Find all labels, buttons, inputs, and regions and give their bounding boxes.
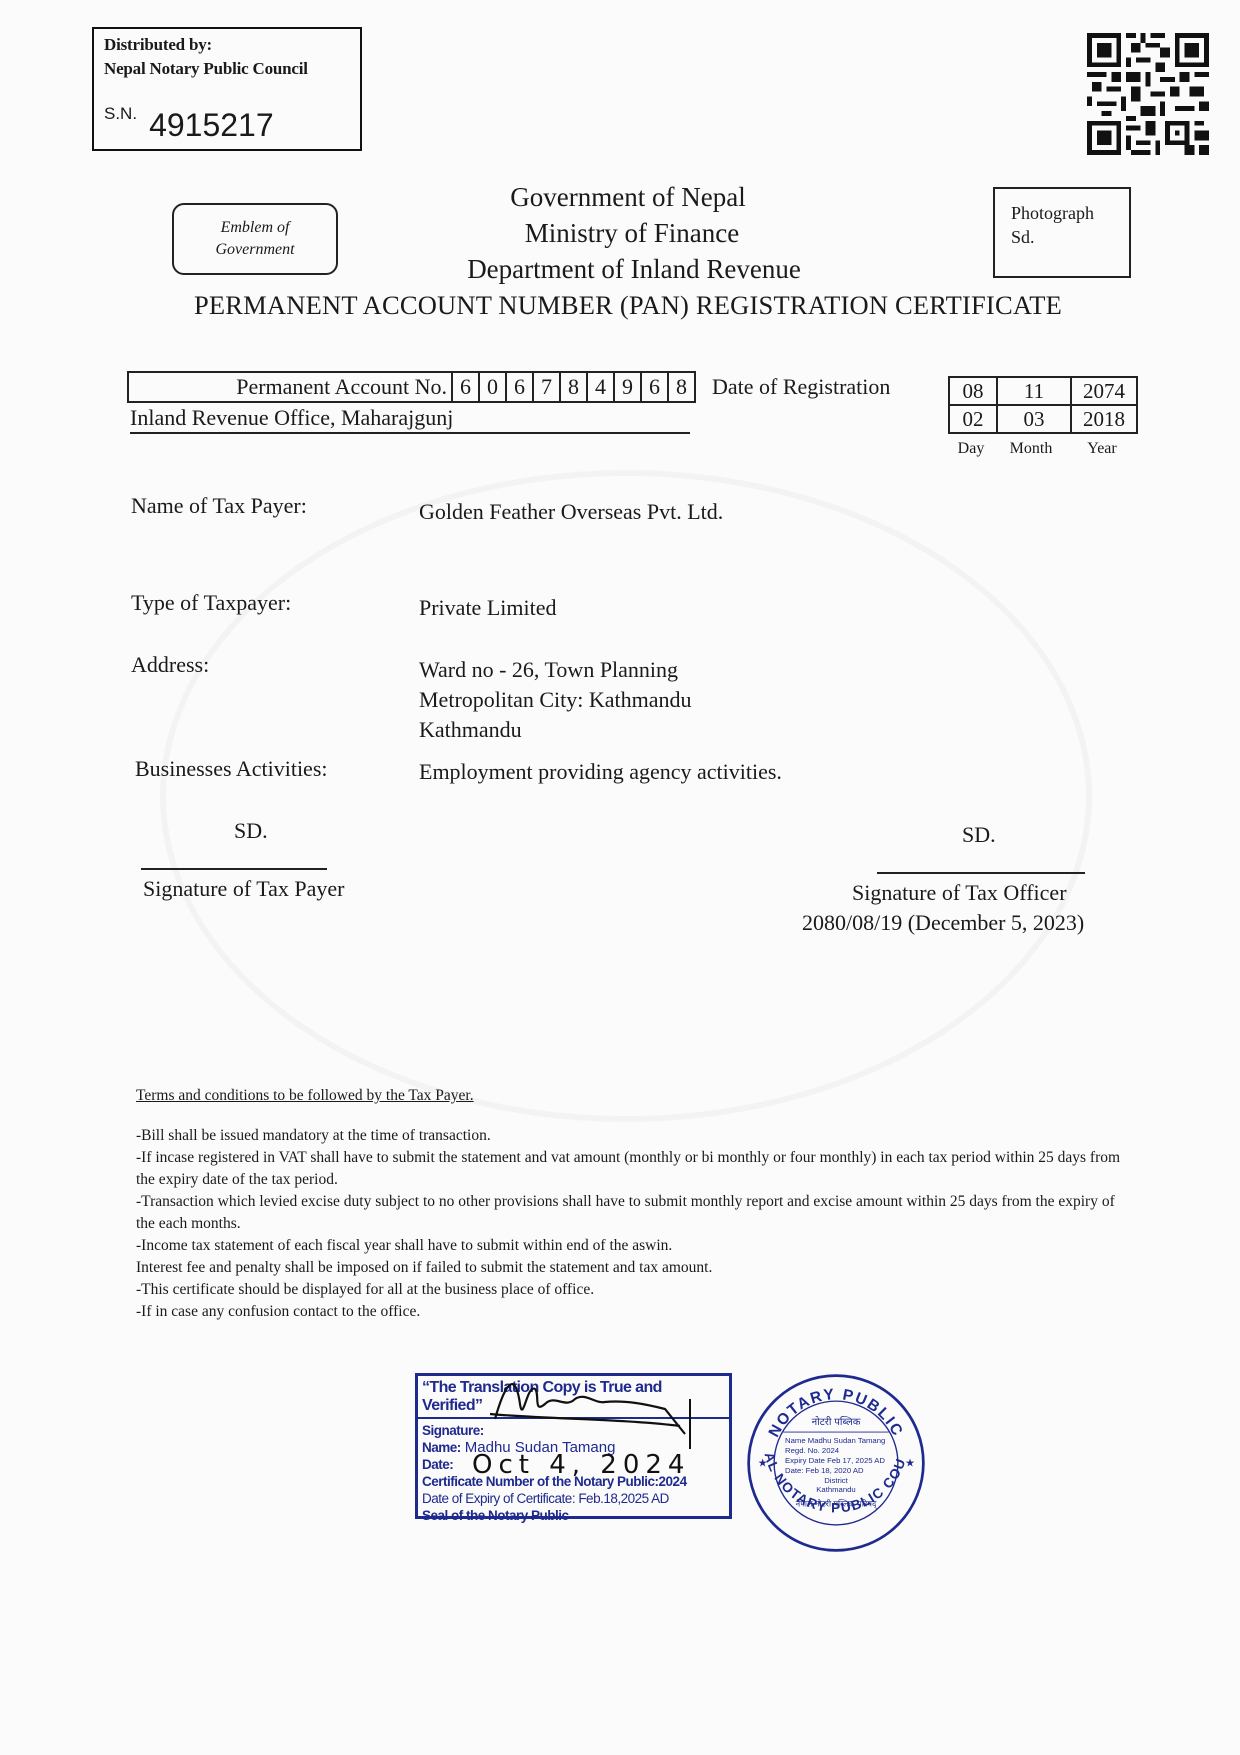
registration-date-table: 08 11 2074 02 03 2018 xyxy=(948,376,1138,434)
caption-month: Month xyxy=(994,440,1068,458)
bs-day: 08 xyxy=(949,377,997,405)
distributor-line2: Nepal Notary Public Council xyxy=(104,57,350,81)
terms-item: -Income tax statement of each fiscal yea… xyxy=(136,1235,1131,1257)
handwritten-date: Oct 4, 2024 xyxy=(472,1450,690,1480)
pan-digit: 7 xyxy=(532,373,559,401)
pan-digit: 8 xyxy=(559,373,586,401)
registration-date-label: Date of Registration xyxy=(712,374,890,400)
pan-label: Permanent Account No. xyxy=(129,373,451,401)
handwritten-signature-icon xyxy=(485,1364,725,1454)
seal-devanagari-top: नोटरी पब्लिक xyxy=(812,1416,861,1428)
payer-signature-caption: Signature of Tax Payer xyxy=(143,876,345,902)
seal-regd: Regd. No. 2024 xyxy=(785,1446,840,1455)
terms-item: Interest fee and penalty shall be impose… xyxy=(136,1257,1131,1279)
terms-item: -Transaction which levied excise duty su… xyxy=(136,1191,1131,1235)
bs-month: 11 xyxy=(997,377,1071,405)
terms-title: Terms and conditions to be followed by t… xyxy=(136,1087,474,1105)
header-government: Government of Nepal xyxy=(8,182,1240,213)
date-row-bs: 08 11 2074 xyxy=(949,377,1137,405)
ad-year: 2018 xyxy=(1071,405,1137,433)
stamp-name-label: Name: xyxy=(422,1440,461,1455)
svg-text:★: ★ xyxy=(758,1458,768,1470)
address-line: Ward no - 26, Town Planning xyxy=(419,655,692,685)
tax-office: Inland Revenue Office, Maharajgunj xyxy=(130,404,690,434)
seal-expiry: Expiry Date Feb 17, 2025 AD xyxy=(785,1456,885,1465)
terms-item: -If incase registered in VAT shall have … xyxy=(136,1147,1131,1191)
notary-round-seal-icon: NOTARY PUBLIC NEPAL NOTARY PUBLIC COUNCI… xyxy=(745,1372,927,1554)
pan-digit: 6 xyxy=(505,373,532,401)
address-line: Metropolitan City: Kathmandu xyxy=(419,685,692,715)
watermark-seal xyxy=(160,470,1092,1122)
ad-month: 03 xyxy=(997,405,1071,433)
officer-sd: SD. xyxy=(962,822,996,848)
pan-digit: 4 xyxy=(586,373,613,401)
terms-item: -If in case any confusion contact to the… xyxy=(136,1301,1131,1323)
address-value: Ward no - 26, Town Planning Metropolitan… xyxy=(419,655,692,745)
taxpayer-name-label: Name of Tax Payer: xyxy=(131,493,307,519)
stamp-seal-line: Seal of the Notary Public xyxy=(418,1507,729,1524)
svg-text:★: ★ xyxy=(905,1458,915,1470)
taxpayer-type-label: Type of Taxpayer: xyxy=(131,590,291,616)
seal-district-value: Kathmandu xyxy=(816,1485,855,1494)
terms-item: -This certificate should be displayed fo… xyxy=(136,1279,1131,1301)
stamp-signature-label: Signature: xyxy=(422,1423,484,1438)
certificate-title: PERMANENT ACCOUNT NUMBER (PAN) REGISTRAT… xyxy=(8,290,1240,321)
payer-sd: SD. xyxy=(234,818,268,844)
address-label: Address: xyxy=(131,652,209,678)
taxpayer-name-value: Golden Feather Overseas Pvt. Ltd. xyxy=(419,497,723,527)
stamp-expiry: Date of Expiry of Certificate: Feb.18,20… xyxy=(418,1490,729,1507)
pan-digit: 8 xyxy=(667,373,694,401)
payer-signature-line xyxy=(141,868,327,870)
terms-list: -Bill shall be issued mandatory at the t… xyxy=(136,1125,1131,1323)
officer-signature-caption: Signature of Tax Officer xyxy=(852,880,1067,906)
date-row-ad: 02 03 2018 xyxy=(949,405,1137,433)
activities-value: Employment providing agency activities. xyxy=(419,757,782,787)
officer-signature-line xyxy=(877,872,1085,874)
ad-day: 02 xyxy=(949,405,997,433)
stamp-date-label: Date: xyxy=(422,1457,453,1472)
serial-label: S.N. xyxy=(104,104,137,124)
qr-code-icon xyxy=(1087,33,1209,155)
serial-number: 4915217 xyxy=(149,109,274,141)
address-line: Kathmandu xyxy=(419,715,692,745)
caption-day: Day xyxy=(948,440,994,458)
terms-item: -Bill shall be issued mandatory at the t… xyxy=(136,1125,1131,1147)
distributor-line1: Distributed by: xyxy=(104,33,350,57)
seal-date: Date: Feb 18, 2020 AD xyxy=(785,1466,864,1475)
seal-district: District xyxy=(824,1476,848,1485)
date-captions: Day Month Year xyxy=(948,440,1136,458)
distributor-box: Distributed by: Nepal Notary Public Coun… xyxy=(92,27,362,151)
pan-digit: 6 xyxy=(451,373,478,401)
seal-name: Name Madhu Sudan Tamang xyxy=(785,1436,885,1445)
taxpayer-type-value: Private Limited xyxy=(419,593,556,623)
pan-digit: 6 xyxy=(640,373,667,401)
pan-digit: 9 xyxy=(613,373,640,401)
pan-box: Permanent Account No. 6 0 6 7 8 4 9 6 8 xyxy=(127,371,696,403)
header-department: Department of Inland Revenue xyxy=(14,254,1240,285)
header-ministry: Ministry of Finance xyxy=(12,218,1240,249)
officer-signature-date: 2080/08/19 (December 5, 2023) xyxy=(802,910,1084,936)
activities-label: Businesses Activities: xyxy=(135,756,328,782)
caption-year: Year xyxy=(1068,440,1136,458)
pan-digit: 0 xyxy=(478,373,505,401)
bs-year: 2074 xyxy=(1071,377,1137,405)
seal-devanagari-bottom: नेपाल नोटरी पब्लिक परिषद् xyxy=(796,1499,878,1510)
